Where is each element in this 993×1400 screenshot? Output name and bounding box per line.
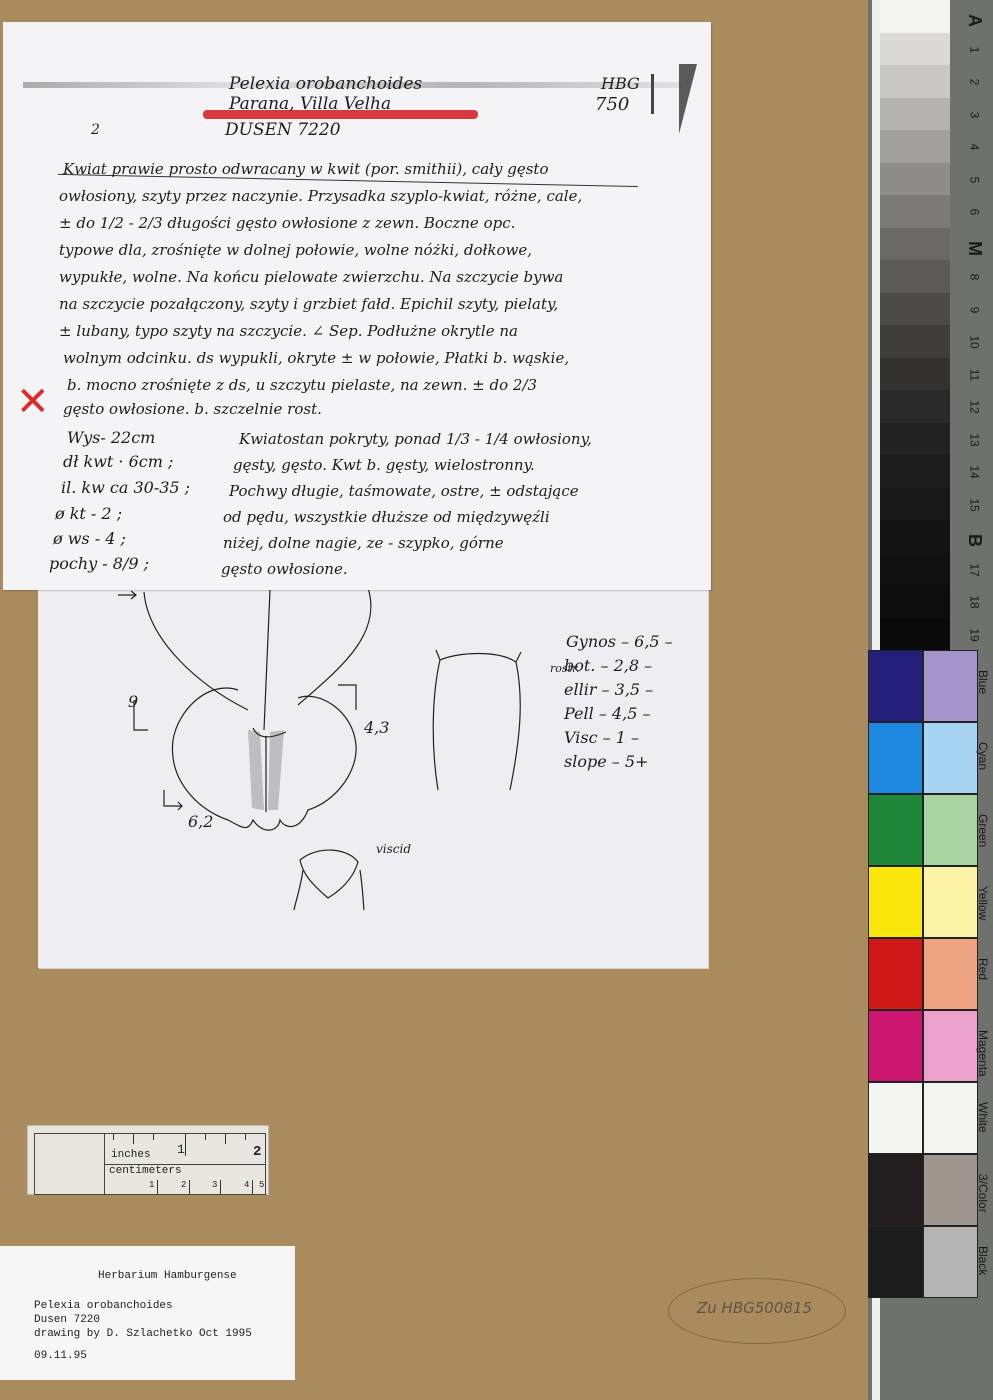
note-line: gęsto owłosione.	[221, 560, 348, 578]
color-patch-dark	[868, 650, 923, 722]
gray-label: 2	[968, 64, 982, 101]
gray-patch	[880, 0, 950, 34]
color-patch-light	[923, 1226, 978, 1298]
hbg-number: 750	[595, 94, 629, 115]
lip-width-label: 4,3	[364, 718, 389, 737]
color-patch-dark	[868, 938, 923, 1010]
size-item: Visc – 1 –	[564, 728, 639, 747]
gray-patch	[880, 195, 950, 229]
color-label: Green	[976, 814, 990, 844]
gray-label: 10	[968, 324, 982, 361]
gray-label: 9	[968, 291, 982, 328]
description-line: b. mocno zrośnięte z ds, u szczytu piela…	[67, 376, 537, 394]
barcode-stamp: Zu HBG500815	[668, 1278, 846, 1344]
gray-label: 14	[968, 454, 982, 491]
gray-patch	[880, 98, 950, 132]
description-line: ± lubany, typo szyty na szczycie. ∠ Sep.…	[59, 322, 518, 340]
gray-label: 11	[968, 356, 982, 393]
color-patch-dark	[868, 1154, 923, 1226]
gray-label: 19	[968, 616, 982, 653]
description-line: wypukłe, wolne. Na końcu pielowate zwier…	[59, 268, 563, 286]
gray-patch	[880, 33, 950, 67]
measurement: Wys- 22cm	[67, 428, 155, 447]
size-item: ellir – 3,5 –	[564, 680, 653, 699]
label-drawing-credit: drawing by D. Szlachetko Oct 1995	[34, 1328, 252, 1340]
page-number: 2	[91, 122, 100, 138]
gray-patch	[880, 293, 950, 327]
color-patch-dark	[868, 794, 923, 866]
note-line: gęsty, gęsto. Kwt b. gęsty, wielostronny…	[233, 456, 535, 474]
gray-patch	[880, 520, 950, 554]
color-patch-light	[923, 866, 978, 938]
species-title: Pelexia orobanchoides	[229, 74, 422, 94]
description-line: ± do 1/2 - 2/3 długości gęsto owłosione …	[59, 214, 515, 232]
color-patch-dark	[868, 722, 923, 794]
gray-patch	[880, 228, 950, 262]
ruler-blank-box	[34, 1133, 105, 1195]
hbg-code: HBG	[601, 74, 640, 93]
gray-label: 18	[968, 584, 982, 621]
note-line: od pędu, wszystkie dłuższe od międzywęźl…	[223, 508, 550, 526]
color-label: Magenta	[976, 1030, 990, 1060]
red-x-mark: ✕	[16, 382, 50, 422]
ruler-scale: inches 1 2 centimeters 1 2 3 4 5	[104, 1133, 266, 1195]
label-collector: Dusen 7220	[34, 1314, 100, 1326]
color-label: White	[976, 1102, 990, 1132]
gray-patch	[880, 585, 950, 619]
inch-mark: 1	[177, 1142, 185, 1157]
inch-mark: 2	[253, 1144, 261, 1160]
color-label: Blue	[976, 670, 990, 700]
gray-label: 15	[968, 486, 982, 523]
note-line: Pochwy długie, taśmowate, ostre, ± odsta…	[229, 482, 579, 500]
measurement: dł kwt · 6cm ;	[63, 452, 173, 471]
cm-mark: 1	[149, 1180, 154, 1190]
label-species: Pelexia orobanchoides	[34, 1300, 173, 1312]
cm-mark: 5	[259, 1180, 264, 1190]
measurement: ø ws - 4 ;	[53, 529, 126, 548]
gray-label: 17	[968, 551, 982, 588]
description-line: owłosiony, szyty przez naczynie. Przysad…	[59, 187, 582, 205]
color-patch-light	[923, 650, 978, 722]
viscid-label: viscid	[376, 842, 411, 856]
gray-patch	[880, 163, 950, 197]
description-line: typowe dla, zrośnięte w dolnej połowie, …	[59, 241, 532, 259]
gray-patch	[880, 553, 950, 587]
note-line: niżej, dolne nagie, ze - szypko, górne	[223, 534, 504, 552]
color-label: Yellow	[976, 886, 990, 916]
color-label: Cyan	[976, 742, 990, 772]
measurement: pochy - 8/9 ;	[49, 554, 149, 573]
photocopy-corner-mark	[679, 64, 697, 134]
herbarium-name: Herbarium Hamburgense	[98, 1270, 237, 1282]
color-patch-light	[923, 1010, 978, 1082]
measurement: il. kw ca 30-35 ;	[61, 478, 190, 497]
note-line: Kwiatostan pokryty, ponad 1/3 - 1/4 owło…	[239, 430, 592, 448]
lip-height-label: 9	[128, 692, 138, 711]
gray-patch	[880, 260, 950, 294]
gray-patch	[880, 423, 950, 457]
size-item: slope – 5+	[564, 752, 648, 771]
gray-label: 12	[968, 389, 982, 426]
color-patch-light	[923, 1082, 978, 1154]
color-patch-dark	[868, 1010, 923, 1082]
inches-label: inches	[111, 1149, 151, 1161]
gray-patch	[880, 325, 950, 359]
gray-patch	[880, 130, 950, 164]
description-line: gęsto owłosione. b. szczelnie rost.	[63, 400, 322, 418]
color-patch-light	[923, 722, 978, 794]
size-item: Gynos – 6,5 –	[566, 632, 673, 651]
scale-ruler: inches 1 2 centimeters 1 2 3 4 5	[27, 1125, 269, 1195]
gray-label: 4	[968, 129, 982, 166]
color-label: Black	[976, 1246, 990, 1276]
locality: Parana, Villa Velha	[229, 94, 391, 114]
color-patch-light	[923, 794, 978, 866]
herbarium-label: Herbarium Hamburgense Pelexia orobanchoi…	[0, 1246, 295, 1380]
lip-lower-label: 6,2	[188, 812, 213, 831]
color-patch-dark	[868, 1226, 923, 1298]
gray-patch	[880, 65, 950, 99]
color-label: Red	[976, 958, 990, 988]
centimeters-label: centimeters	[109, 1165, 182, 1177]
color-patch-light	[923, 938, 978, 1010]
color-label: 3/Color	[976, 1174, 990, 1204]
gray-label: 5	[968, 161, 982, 198]
gray-label: 8	[968, 259, 982, 296]
gray-patch	[880, 390, 950, 424]
cm-mark: 3	[212, 1180, 217, 1190]
measurement: ø kt - 2 ;	[55, 504, 122, 523]
size-item: Pell – 4,5 –	[564, 704, 650, 723]
color-patch-dark	[868, 1082, 923, 1154]
description-line: Kwiat prawie prosto odwracany w kwit (po…	[63, 160, 549, 178]
gray-patch	[880, 618, 950, 652]
gray-patch	[880, 488, 950, 522]
description-line: wolnym odcinku. ds wypukli, okryte ± w p…	[63, 349, 569, 367]
color-calibration-chart: A123456M89101112131415B171819 BlueCyanGr…	[868, 0, 993, 1400]
collector-number: DUSEN 7220	[225, 120, 341, 140]
gray-label: 3	[968, 96, 982, 133]
barcode-text: Zu HBG500815	[697, 1299, 812, 1317]
label-date: 09.11.95	[34, 1350, 87, 1362]
color-patch-dark	[868, 866, 923, 938]
description-line: na szczycie pozałączony, szyty i grzbiet…	[59, 295, 558, 313]
gray-patch	[880, 358, 950, 392]
gray-label: 1	[968, 31, 982, 68]
hbg-bar	[651, 74, 654, 114]
drawing-sheet: 9 4,3 6,2 viscid rostr. Gynos – 6,5 – bo…	[38, 580, 708, 968]
cm-mark: 4	[244, 1180, 249, 1190]
handwritten-notes-sheet: Pelexia orobanchoides Parana, Villa Velh…	[3, 22, 711, 590]
color-patch-light	[923, 1154, 978, 1226]
cm-mark: 2	[181, 1180, 186, 1190]
gray-label: 13	[968, 421, 982, 458]
gray-label: 6	[968, 194, 982, 231]
size-item: bot. – 2,8 –	[564, 656, 652, 675]
gray-patch	[880, 455, 950, 489]
